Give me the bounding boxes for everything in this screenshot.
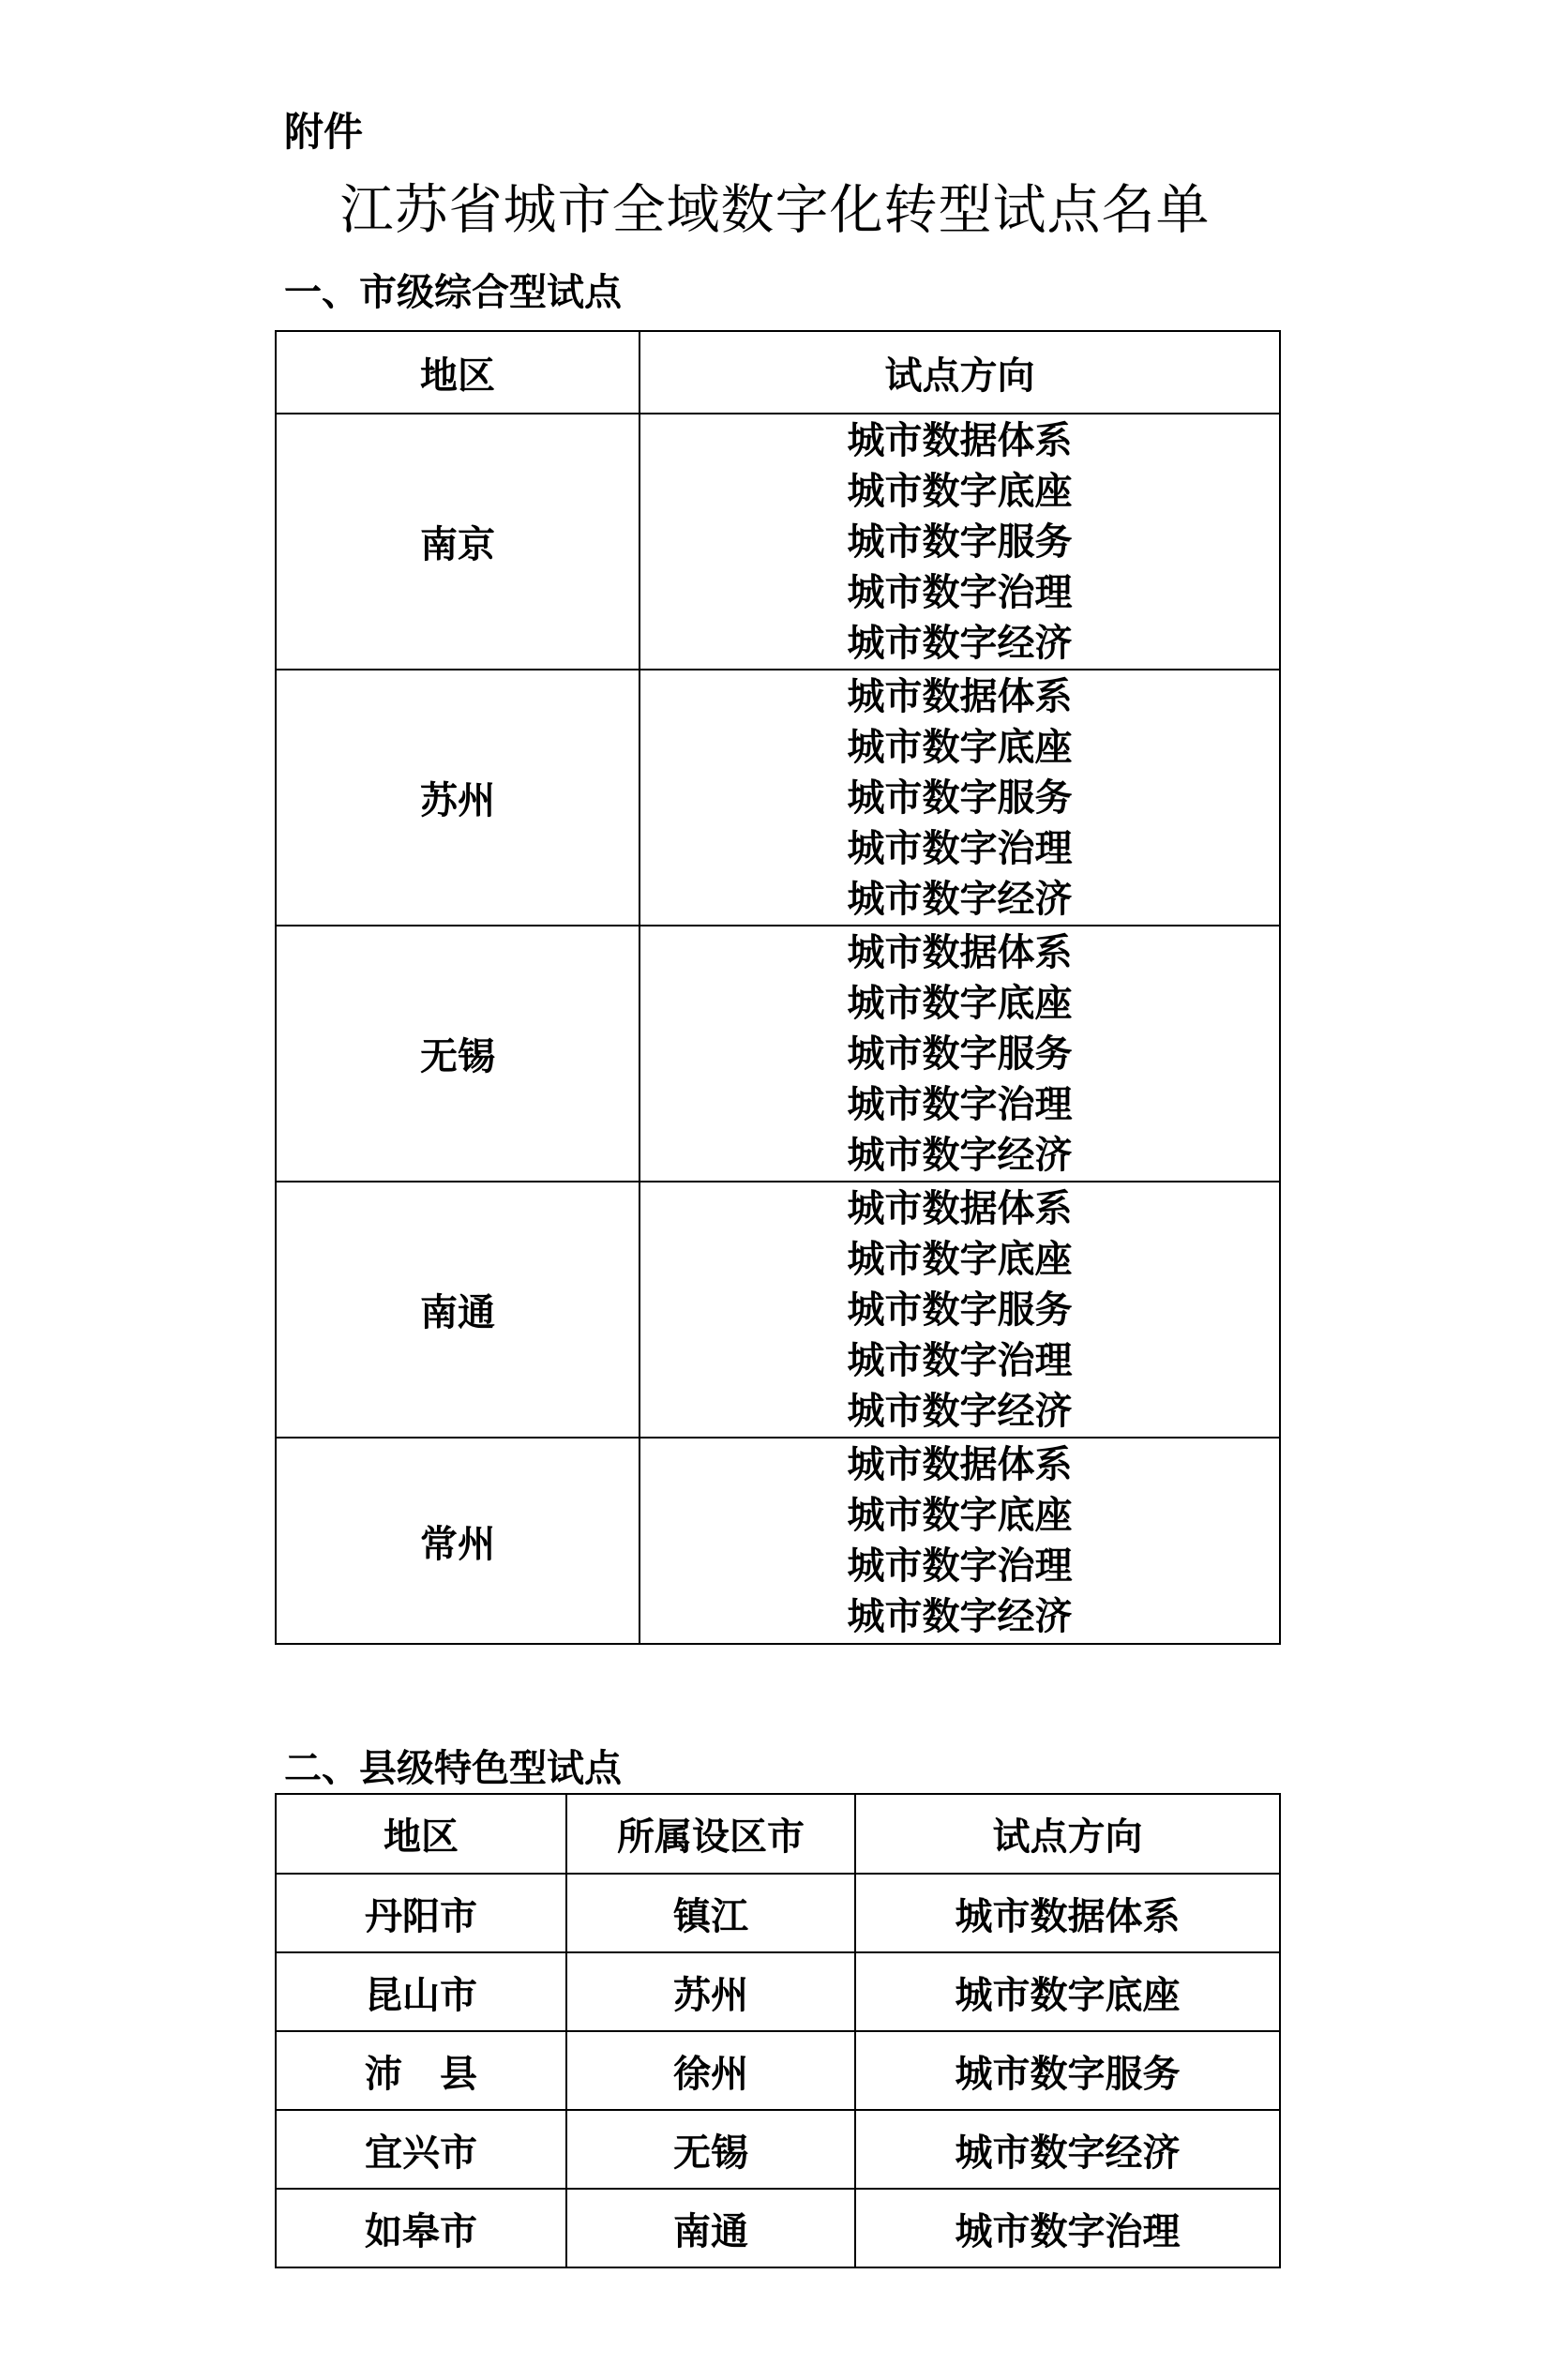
- row-changzhou: 常州 城市数据体系 城市数字底座 城市数字治理 城市数字经济: [276, 1438, 1280, 1644]
- row-peixian: 沛 县 徐州 城市数字服务: [276, 2031, 1280, 2110]
- city-cell: 徐州: [566, 2031, 855, 2110]
- direction-line: 城市数据体系: [640, 1183, 1279, 1234]
- direction-line: 城市数字经济: [640, 874, 1279, 925]
- region-cell: 常州: [276, 1438, 640, 1644]
- direction-line: 城市数字底座: [640, 978, 1279, 1029]
- region-cell: 宜兴市: [276, 2110, 566, 2189]
- section2-heading: 二、县级特色型试点: [284, 1746, 622, 1791]
- table1-header-row: 地区 试点方向: [276, 331, 1280, 414]
- direction-line: 城市数字服务: [640, 1285, 1279, 1335]
- region-cell: 如皋市: [276, 2189, 566, 2267]
- direction-line: 城市数字治理: [640, 567, 1279, 618]
- directions-cell: 城市数据体系 城市数字底座 城市数字服务 城市数字治理 城市数字经济: [640, 414, 1280, 670]
- directions-cell: 城市数据体系 城市数字底座 城市数字服务 城市数字治理 城市数字经济: [640, 926, 1280, 1182]
- direction-line: 城市数据体系: [640, 671, 1279, 722]
- direction-line: 城市数字经济: [640, 1386, 1279, 1437]
- document-page: 附件 江苏省城市全域数字化转型试点名单 一、市级综合型试点 地区 试点方向 南京…: [0, 0, 1550, 2380]
- direction-line: 城市数字底座: [640, 1234, 1279, 1285]
- direction-line: 城市数据体系: [640, 415, 1279, 466]
- table1-header-direction: 试点方向: [640, 331, 1280, 414]
- region-cell: 丹阳市: [276, 1874, 566, 1952]
- direction-line: 城市数字经济: [640, 618, 1279, 669]
- region-cell: 苏州: [276, 670, 640, 926]
- row-nanjing: 南京 城市数据体系 城市数字底座 城市数字服务 城市数字治理 城市数字经济: [276, 414, 1280, 670]
- municipal-pilot-table: 地区 试点方向 南京 城市数据体系 城市数字底座 城市数字服务 城市数字治理 城…: [275, 330, 1281, 1645]
- row-danyang: 丹阳市 镇江 城市数据体系: [276, 1874, 1280, 1952]
- county-pilot-table: 地区 所属设区市 试点方向 丹阳市 镇江 城市数据体系 昆山市 苏州 城市数字底…: [275, 1793, 1281, 2268]
- direction-line: 城市数字治理: [640, 1335, 1279, 1386]
- directions-cell: 城市数据体系 城市数字底座 城市数字服务 城市数字治理 城市数字经济: [640, 670, 1280, 926]
- direction-line: 城市数字治理: [640, 823, 1279, 874]
- direction-cell: 城市数字服务: [855, 2031, 1280, 2110]
- direction-line: 城市数字经济: [640, 1591, 1279, 1642]
- region-cell: 无锡: [276, 926, 640, 1182]
- direction-cell: 城市数字经济: [855, 2110, 1280, 2189]
- direction-cell: 城市数据体系: [855, 1874, 1280, 1952]
- city-cell: 无锡: [566, 2110, 855, 2189]
- table2-header-region: 地区: [276, 1794, 566, 1874]
- table2-header-city: 所属设区市: [566, 1794, 855, 1874]
- directions-cell: 城市数据体系 城市数字底座 城市数字治理 城市数字经济: [640, 1438, 1280, 1644]
- direction-line: 城市数据体系: [640, 927, 1279, 978]
- row-kunshan: 昆山市 苏州 城市数字底座: [276, 1952, 1280, 2031]
- section1-heading: 一、市级综合型试点: [284, 270, 622, 315]
- directions-cell: 城市数据体系 城市数字底座 城市数字服务 城市数字治理 城市数字经济: [640, 1182, 1280, 1438]
- region-cell: 沛 县: [276, 2031, 566, 2110]
- document-title: 江苏省城市全域数字化转型试点名单: [0, 178, 1550, 242]
- city-cell: 苏州: [566, 1952, 855, 2031]
- direction-line: 城市数字服务: [640, 517, 1279, 567]
- direction-line: 城市数字底座: [640, 722, 1279, 773]
- direction-line: 城市数字经济: [640, 1130, 1279, 1181]
- table2-header-direction: 试点方向: [855, 1794, 1280, 1874]
- row-rugao: 如皋市 南通 城市数字治理: [276, 2189, 1280, 2267]
- row-wuxi: 无锡 城市数据体系 城市数字底座 城市数字服务 城市数字治理 城市数字经济: [276, 926, 1280, 1182]
- region-cell: 昆山市: [276, 1952, 566, 2031]
- city-cell: 镇江: [566, 1874, 855, 1952]
- region-cell: 南通: [276, 1182, 640, 1438]
- table2-header-row: 地区 所属设区市 试点方向: [276, 1794, 1280, 1874]
- direction-line: 城市数字服务: [640, 773, 1279, 823]
- row-yixing: 宜兴市 无锡 城市数字经济: [276, 2110, 1280, 2189]
- table1-header-region: 地区: [276, 331, 640, 414]
- direction-line: 城市数字服务: [640, 1029, 1279, 1079]
- row-nantong: 南通 城市数据体系 城市数字底座 城市数字服务 城市数字治理 城市数字经济: [276, 1182, 1280, 1438]
- direction-line: 城市数字底座: [640, 466, 1279, 517]
- direction-line: 城市数字治理: [640, 1079, 1279, 1130]
- city-cell: 南通: [566, 2189, 855, 2267]
- region-cell: 南京: [276, 414, 640, 670]
- row-suzhou: 苏州 城市数据体系 城市数字底座 城市数字服务 城市数字治理 城市数字经济: [276, 670, 1280, 926]
- direction-cell: 城市数字治理: [855, 2189, 1280, 2267]
- direction-line: 城市数字治理: [640, 1541, 1279, 1591]
- attachment-label: 附件: [284, 109, 363, 156]
- direction-cell: 城市数字底座: [855, 1952, 1280, 2031]
- direction-line: 城市数字底座: [640, 1490, 1279, 1541]
- direction-line: 城市数据体系: [640, 1439, 1279, 1490]
